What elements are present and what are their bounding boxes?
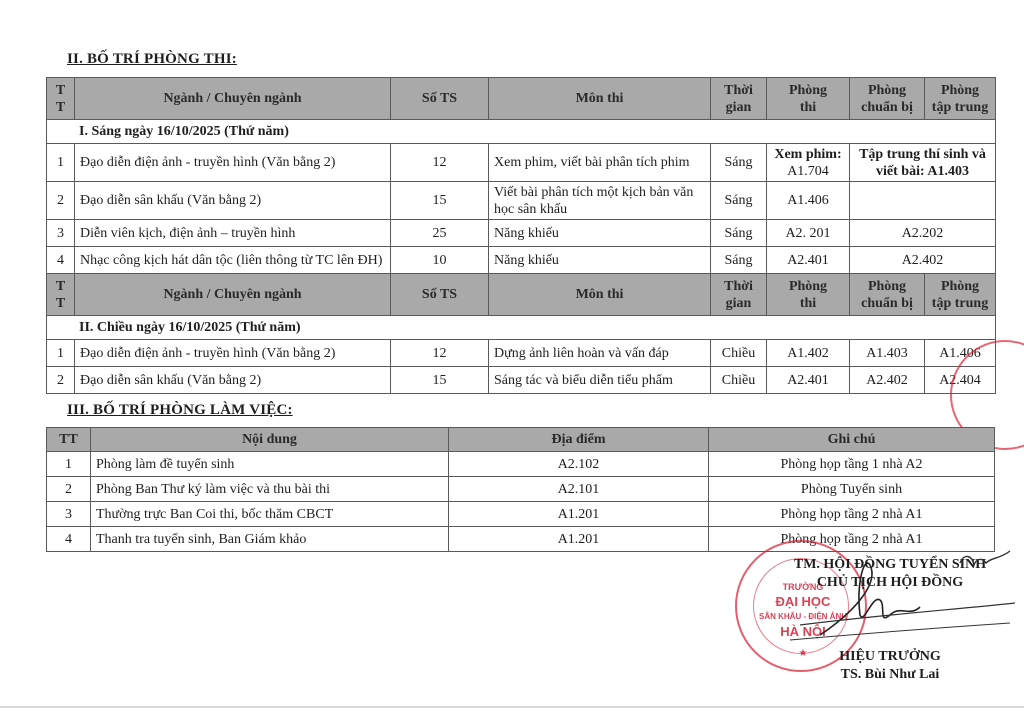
session-row-afternoon: II. Chiều ngày 16/10/2025 (Thứ năm): [47, 316, 996, 340]
session-label-afternoon: II. Chiều ngày 16/10/2025 (Thứ năm): [47, 316, 996, 340]
session-label-morning: I. Sáng ngày 16/10/2025 (Thứ năm): [47, 120, 996, 144]
header-note: Ghi chú: [709, 428, 995, 452]
table-row: 1 Đạo diễn điện ảnh - truyền hình (Văn b…: [47, 340, 996, 367]
table-row: 1 Phòng làm đề tuyển sinh A2.102 Phòng h…: [47, 452, 995, 477]
signature-name: TS. Bùi Như Lai: [790, 666, 990, 684]
header-tt: TT: [47, 428, 91, 452]
header-subject: Môn thi: [489, 78, 711, 120]
merged-room-line2: viết bài: A1.403: [876, 164, 969, 179]
table-row: 4 Nhạc công kịch hát dân tộc (liên thông…: [47, 247, 996, 274]
header-exam-room: Phòngthi: [767, 78, 850, 120]
table-row: 3 Diễn viên kịch, điện ảnh – truyền hình…: [47, 220, 996, 247]
table-header-row: TT Ngành / Chuyên ngành Số TS Môn thi Th…: [47, 78, 996, 120]
section-title-exam-rooms: II. BỐ TRÍ PHÒNG THI:: [67, 51, 237, 68]
header-time: Thờigian: [711, 78, 767, 120]
header-location: Địa điểm: [449, 428, 709, 452]
table-row: 3 Thường trực Ban Coi thi, bốc thăm CBCT…: [47, 502, 995, 527]
table-row: 2 Phòng Ban Thư ký làm việc và thu bài t…: [47, 477, 995, 502]
work-room-table: TT Nội dung Địa điểm Ghi chú 1 Phòng làm…: [46, 427, 995, 552]
table-header-row-repeat: TT Ngành / Chuyên ngành Số TS Môn thi Th…: [47, 274, 996, 316]
session-row-morning: I. Sáng ngày 16/10/2025 (Thứ năm): [47, 120, 996, 144]
header-prep-room: Phòngchuẩn bị: [850, 78, 925, 120]
page-bottom-edge: [0, 706, 1024, 708]
table-row: 2 Đạo diễn sân khấu (Văn bằng 2) 15 Viết…: [47, 182, 996, 220]
header-gather-room: Phòngtập trung: [925, 78, 996, 120]
table-header-row: TT Nội dung Địa điểm Ghi chú: [47, 428, 995, 452]
table-row: 2 Đạo diễn sân khấu (Văn bằng 2) 15 Sáng…: [47, 367, 996, 394]
exam-room-table: TT Ngành / Chuyên ngành Số TS Môn thi Th…: [46, 77, 996, 394]
handwritten-signature-icon: [760, 545, 1020, 655]
header-content: Nội dung: [91, 428, 449, 452]
header-count: Số TS: [391, 78, 489, 120]
header-major: Ngành / Chuyên ngành: [75, 78, 391, 120]
header-tt: TT: [47, 78, 75, 120]
section-title-work-rooms: III. BỐ TRÍ PHÒNG LÀM VIỆC:: [67, 402, 293, 419]
table-row: 1 Đạo diễn điện ảnh - truyền hình (Văn b…: [47, 144, 996, 182]
